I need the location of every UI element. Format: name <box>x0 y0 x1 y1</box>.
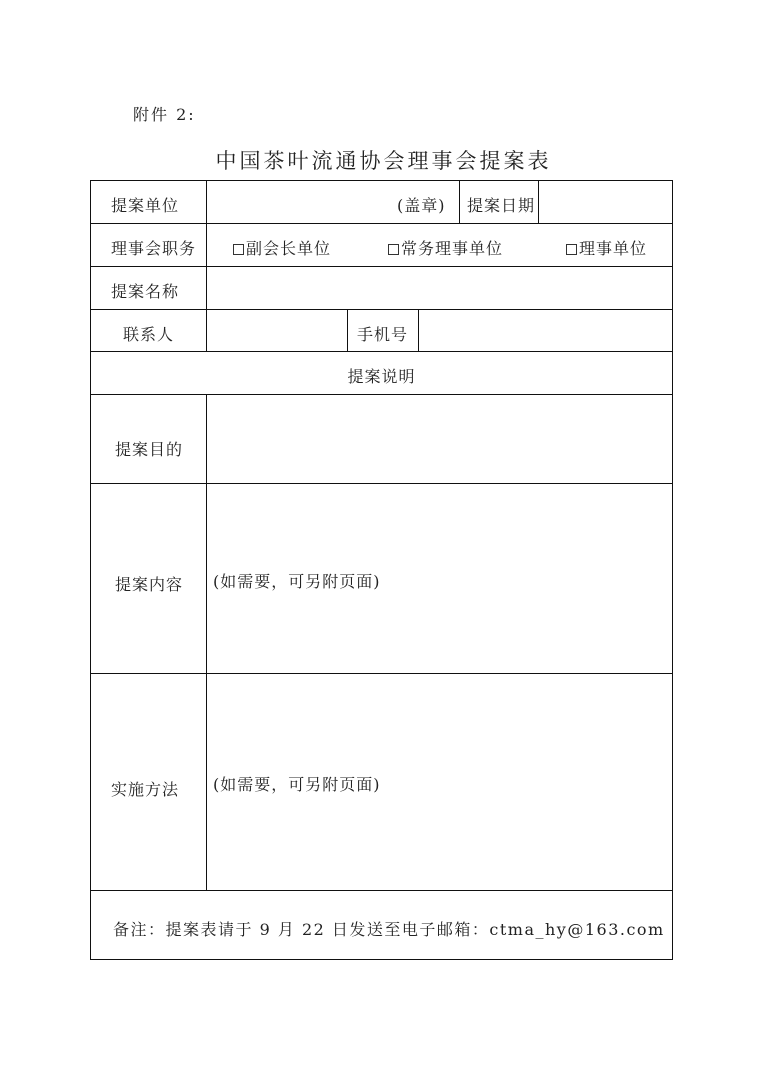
row-divider <box>91 890 672 891</box>
checkbox-icon[interactable] <box>233 244 244 255</box>
option-label: 理事单位 <box>579 239 647 258</box>
form-title: 中国茶叶流通协会理事会提案表 <box>0 145 763 175</box>
phone-field[interactable] <box>419 310 672 350</box>
purpose-label: 提案目的 <box>115 437 183 460</box>
content-hint: (如需要，可另附页面) <box>213 569 381 592</box>
proposal-name-field[interactable] <box>207 267 672 308</box>
proposer-unit-field[interactable] <box>207 182 397 222</box>
row-divider <box>91 483 672 484</box>
option-label: 常务理事单位 <box>401 239 503 258</box>
form-title-text: 中国茶叶流通协会理事会提案表 <box>216 149 552 173</box>
submission-note: 备注：提案表请于 9 月 22 日发送至电子邮箱：ctma_hy@163.com <box>113 917 665 940</box>
checkbox-icon[interactable] <box>566 244 577 255</box>
stamp-note: (盖章) <box>397 193 446 216</box>
attachment-label: 附件 2: <box>133 102 196 125</box>
option-director[interactable]: 理事单位 <box>566 236 647 259</box>
row-divider <box>91 351 672 352</box>
proposal-name-label: 提案名称 <box>111 279 179 302</box>
checkbox-icon[interactable] <box>388 244 399 255</box>
contact-field[interactable] <box>207 310 346 350</box>
col-divider <box>459 181 460 223</box>
row-divider <box>91 223 672 224</box>
contact-label: 联系人 <box>123 322 174 345</box>
option-vice-president[interactable]: 副会长单位 <box>233 236 331 259</box>
council-role-label: 理事会职务 <box>111 236 196 259</box>
option-label: 副会长单位 <box>246 239 331 258</box>
row-divider <box>91 673 672 674</box>
method-label: 实施方法 <box>111 777 179 800</box>
method-hint: (如需要，可另附页面) <box>213 772 381 795</box>
section-header: 提案说明 <box>91 364 672 387</box>
proposal-date-label: 提案日期 <box>467 193 535 216</box>
content-label: 提案内容 <box>115 572 183 595</box>
col-divider <box>347 309 348 351</box>
proposer-unit-label: 提案单位 <box>111 193 179 216</box>
proposal-form-table: 提案单位 (盖章) 提案日期 理事会职务 副会长单位 常务理事单位 理事单位 提… <box>90 180 673 960</box>
purpose-field[interactable] <box>207 395 672 482</box>
option-executive-director[interactable]: 常务理事单位 <box>388 236 503 259</box>
phone-label: 手机号 <box>357 322 408 345</box>
proposal-date-field[interactable] <box>539 182 672 222</box>
